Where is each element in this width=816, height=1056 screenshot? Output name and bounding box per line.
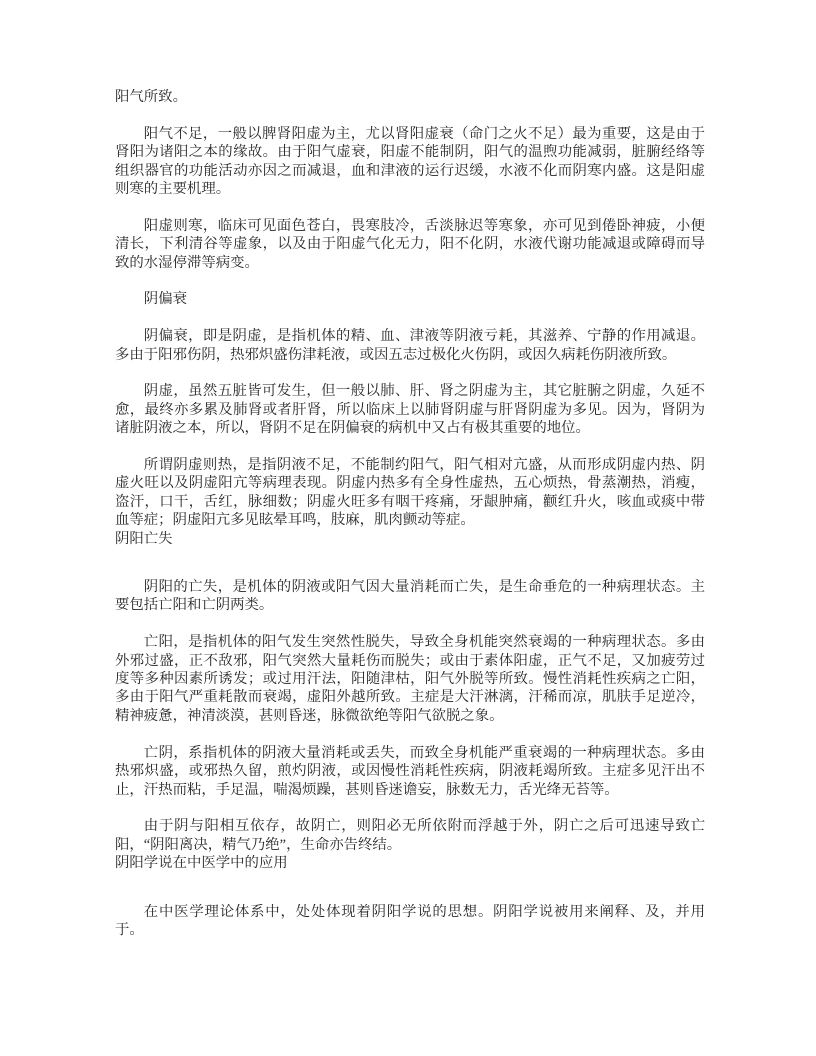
- paragraph: 阳虚则寒，临床可见面色苍白，畏寒肢冷，舌淡脉迟等寒象，亦可见到倦卧神疲，小便清长…: [115, 217, 705, 272]
- paragraph: 在中医学理论体系中，处处体现着阴阳学说的思想。阴阳学说被用来阐释、及，并用于。: [115, 903, 705, 940]
- section-heading: 阴阳亡失: [115, 530, 705, 548]
- paragraph: 所谓阴虚则热，是指阴液不足，不能制约阳气，阳气相对亢盛，从而形成阴虚内热、阴虚火…: [115, 456, 705, 530]
- document-page: 阳气所致。 阳气不足，一般以脾肾阳虚为主，尤以肾阳虚衰（命门之火不足）最为重要，…: [0, 0, 816, 1056]
- section-heading: 阴偏衰: [115, 290, 705, 308]
- paragraph: 亡阴，系指机体的阴液大量消耗或丢失，而致全身机能严重衰竭的一种病理状态。多由热邪…: [115, 744, 705, 799]
- paragraph: 阳气所致。: [115, 88, 705, 106]
- paragraph: 亡阳，是指机体的阳气发生突然性脱失，导致全身机能突然衰竭的一种病理状态。多由外邪…: [115, 633, 705, 725]
- paragraph: 由于阴与阳相互依存，故阴亡，则阳必无所依附而浮越于外，阴亡之后可迅速导致亡阳，“…: [115, 817, 705, 854]
- paragraph: 阴虚，虽然五脏皆可发生，但一般以肺、肝、肾之阴虚为主，其它脏腑之阴虚，久延不愈，…: [115, 382, 705, 437]
- paragraph: 阴偏衰，即是阴虚，是指机体的精、血、津液等阴液亏耗，其滋养、宁静的作用减退。多由…: [115, 327, 705, 364]
- paragraph: 阳气不足，一般以脾肾阳虚为主，尤以肾阳虚衰（命门之火不足）最为重要，这是由于肾阳…: [115, 125, 705, 199]
- paragraph: 阴阳的亡失，是机体的阴液或阳气因大量消耗而亡失，是生命垂危的一种病理状态。主要包…: [115, 578, 705, 615]
- section-heading: 阴阳学说在中医学中的应用: [115, 854, 705, 872]
